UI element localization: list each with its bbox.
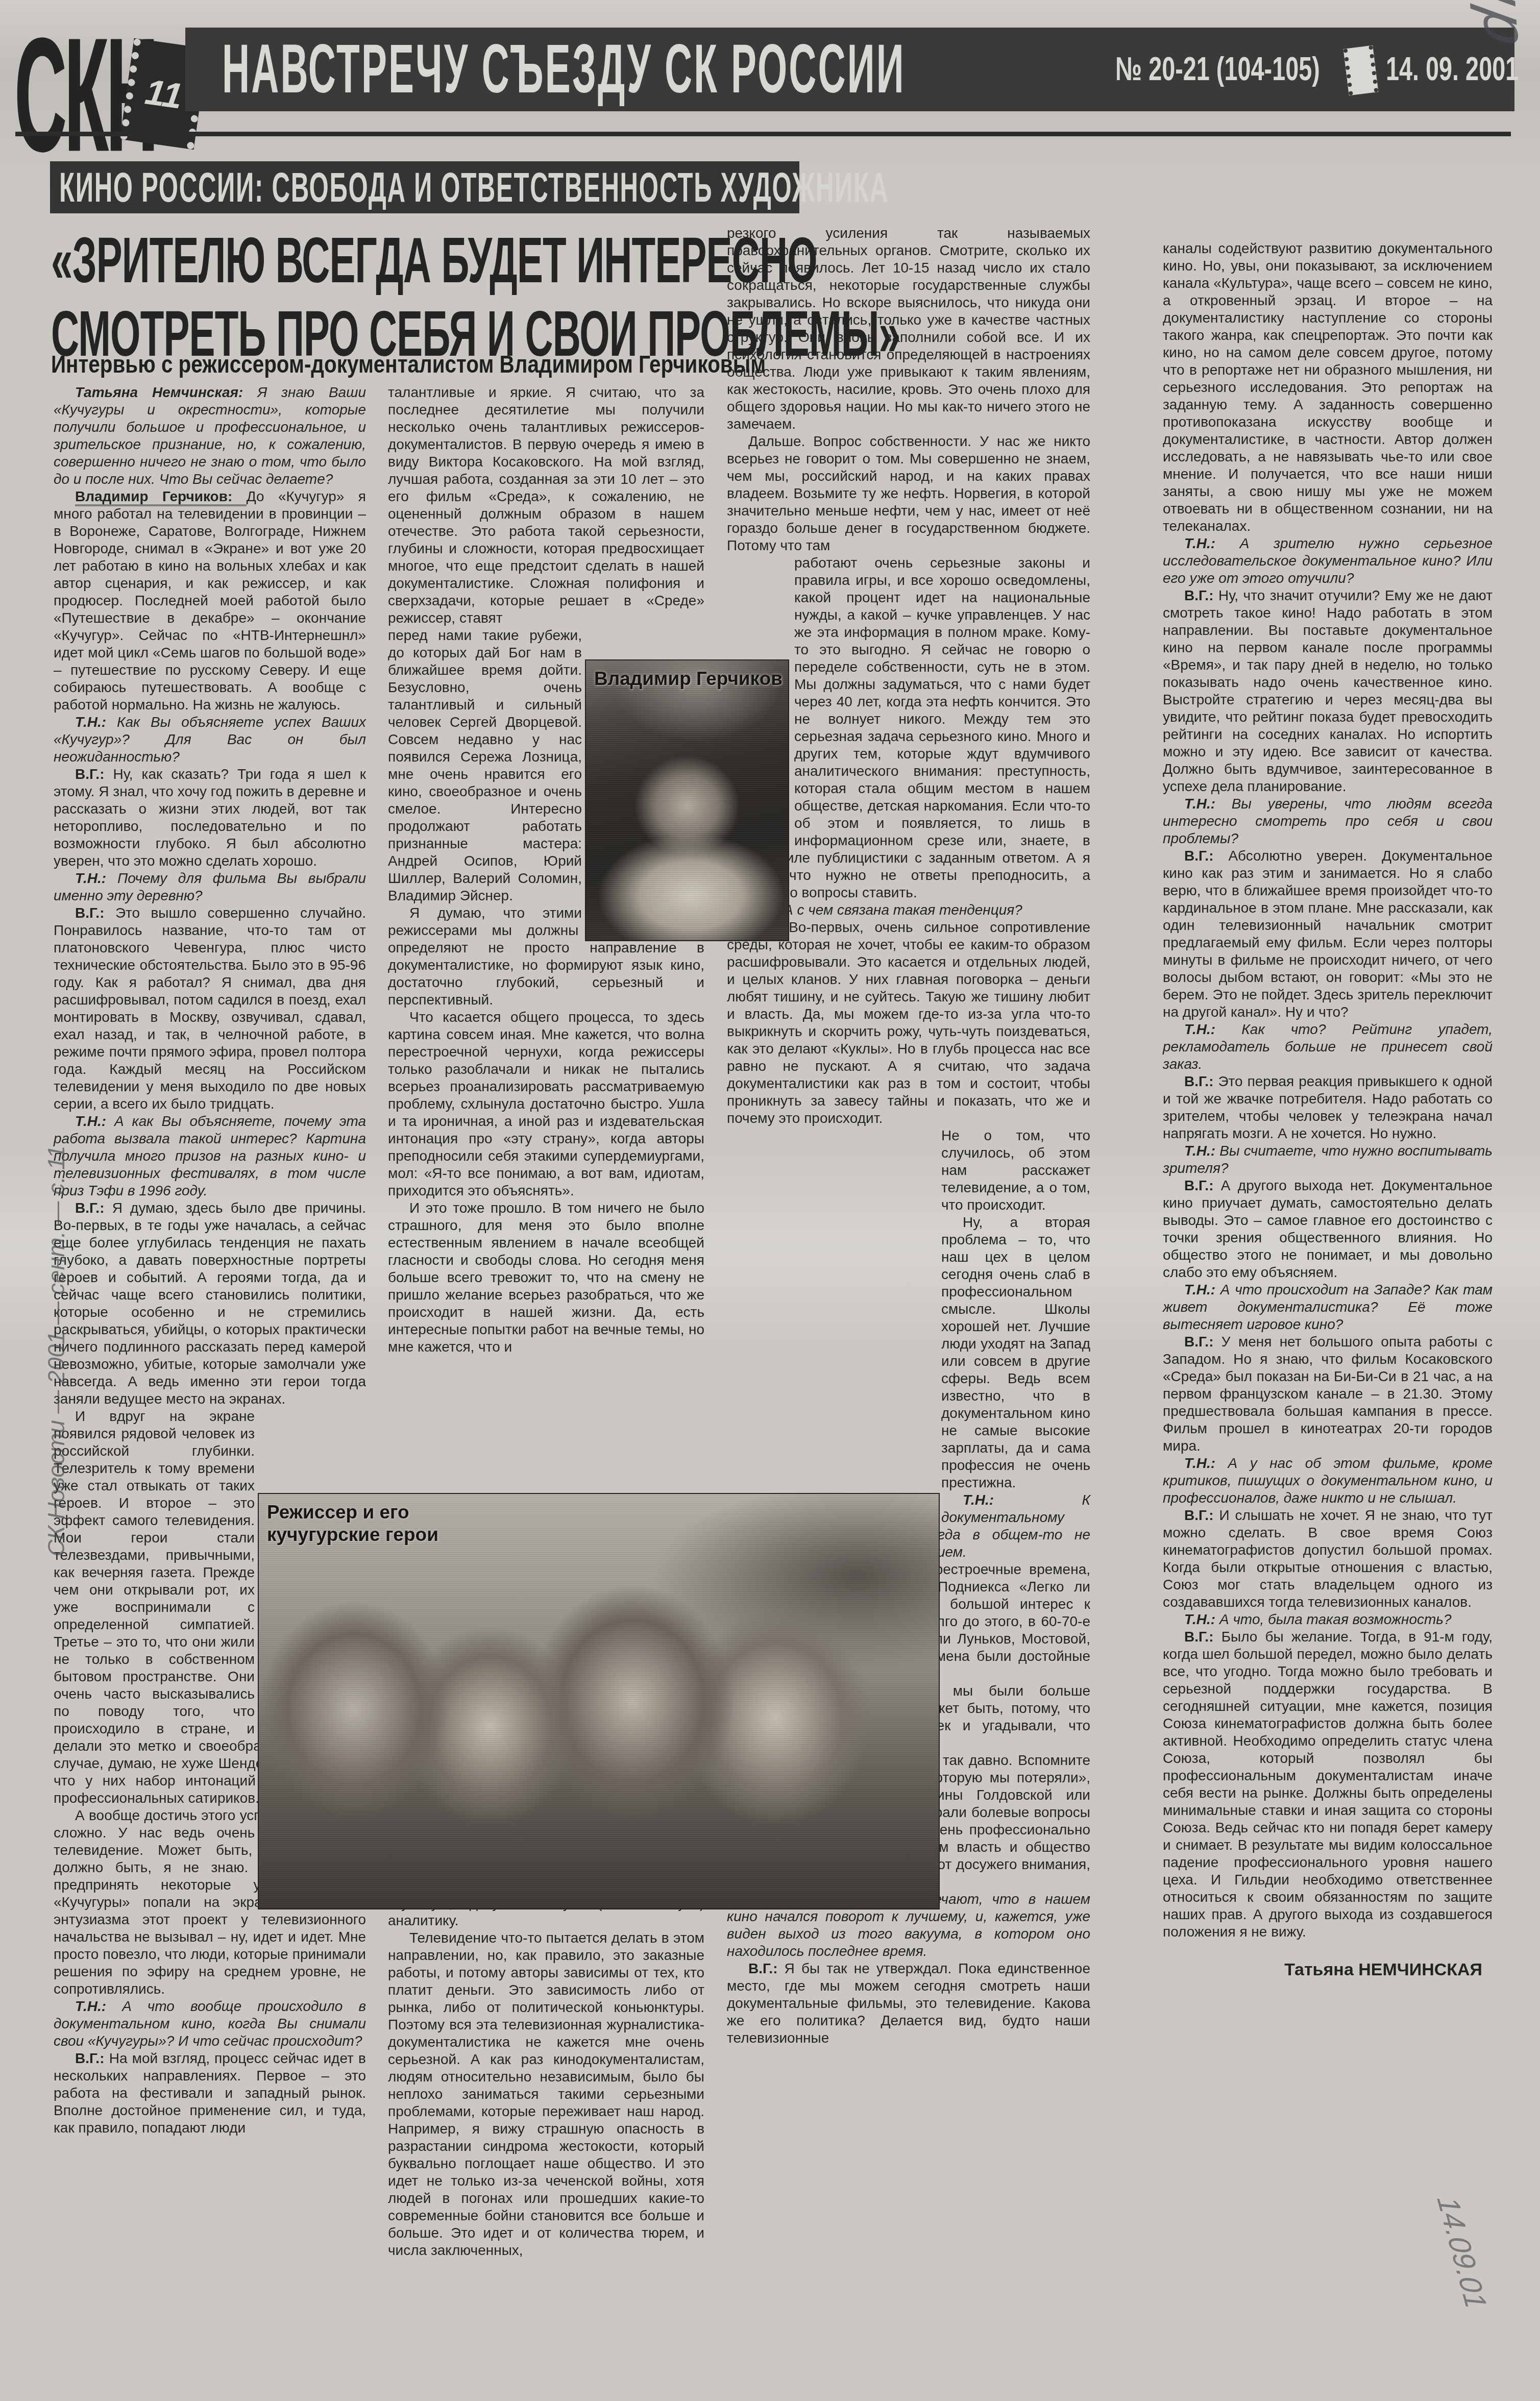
photo-grain-overlay: [586, 660, 788, 940]
interview-question: Т.Н.: А что происходит на Западе? Как та…: [1163, 1281, 1493, 1333]
speaker-label: В.Г.:: [1184, 1507, 1219, 1523]
speaker-label: Т.Н.:: [1184, 1021, 1241, 1037]
speaker-label: В.Г.:: [1184, 1334, 1221, 1350]
paragraph: И это тоже прошло. В том ничего не было …: [388, 1199, 704, 1356]
photo2-caption: Режиссер и его кучугурские герои: [267, 1501, 438, 1546]
article-headline: «ЗРИТЕЛЮ ВСЕГДА БУДЕТ ИНТЕРЕСНО СМОТРЕТЬ…: [51, 224, 797, 372]
section-kicker: КИНО РОССИИ: СВОБОДА И ОТВЕТСТВЕННОСТЬ Х…: [59, 163, 889, 211]
photo1-caption: Владимир Герчиков: [594, 668, 783, 690]
interview-answer: В.Г.: А другого выхода нет. Документальн…: [1163, 1177, 1493, 1281]
interview-question: Татьяна Немчинская: Я знаю Ваши «Кучугур…: [54, 384, 366, 488]
speaker-label: Т.Н.:: [963, 1492, 1082, 1508]
section-kicker-bar: КИНО РОССИИ: СВОБОДА И ОТВЕТСТВЕННОСТЬ Х…: [50, 161, 799, 213]
page-number: 11: [142, 71, 185, 116]
photo-kuchugury-group: Режиссер и его кучугурские герои: [258, 1493, 940, 1909]
paragraph: резкого усиления так называемых правоохр…: [727, 225, 1090, 433]
photo-wrap-spacer: [727, 1127, 941, 1518]
filmstrip-icon: [1343, 45, 1379, 95]
banner-title: НАВСТРЕЧУ СЪЕЗДУ СК РОССИИ: [222, 30, 906, 109]
text-column-3: резкого усиления так называемых правоохр…: [727, 225, 1090, 2380]
speaker-label: В.Г.:: [1184, 1629, 1221, 1645]
interview-question: Т.Н.: А у нас об этом фильме, кроме крит…: [1163, 1455, 1493, 1507]
speaker-label: Т.Н.:: [1184, 1143, 1219, 1159]
speaker-label: Т.Н.:: [1184, 535, 1240, 551]
speaker-label: В.Г.:: [1184, 848, 1228, 864]
paragraph: Что касается общего процесса, то здесь к…: [388, 1009, 704, 1199]
interview-answer: В.Г.: И слышать не хочет. Я не знаю, что…: [1163, 1507, 1493, 1611]
headline-line1: «ЗРИТЕЛЮ ВСЕГДА БУДЕТ ИНТЕРЕСНО: [51, 224, 797, 298]
paragraph: каналы содействуют развитию документальн…: [1163, 240, 1493, 535]
interview-answer: В.Г.: Абсолютно уверен. Документальное к…: [1163, 847, 1493, 1021]
handwritten-note-left-margin: СК Новости — 2001 — сент. — с. 11: [42, 994, 70, 1708]
paragraph: Не о том, что случилось, об этом нам рас…: [727, 1127, 1090, 1214]
newspaper-page: СКН 11 НАВСТРЕЧУ СЪЕЗДУ СК РОССИИ № 20-2…: [0, 0, 1540, 2401]
speaker-label: Т.Н.:: [75, 870, 117, 886]
speaker-label: В.Г.:: [1184, 587, 1218, 603]
speaker-label: В.Г.:: [75, 1200, 112, 1216]
photo-grain-overlay: [259, 1494, 939, 1908]
speaker-label: Татьяна Немчинская:: [75, 384, 257, 400]
speaker-label: Т.Н.:: [75, 1113, 114, 1129]
interview-question: Т.Н.: А как Вы объясняете, почему эта ра…: [54, 1113, 366, 1199]
text-column-1: Татьяна Немчинская: Я знаю Ваши «Кучугур…: [54, 384, 366, 2380]
article-subtitle: Интервью с режиссером-документалистом Вл…: [51, 351, 756, 379]
paragraph: Дальше. Вопрос собственности. У нас же н…: [727, 433, 1090, 554]
interview-question: Т.Н.: Как что? Рейтинг упадет, рекламода…: [1163, 1021, 1493, 1073]
interview-answer: В.Г.: На мой взгляд, процесс сейчас идет…: [54, 2050, 366, 2137]
interview-question: Т.Н.: Вы уверены, что людям всегда интер…: [1163, 795, 1493, 847]
interview-answer: В.Г.: Ну, что значит отучили? Ему же не …: [1163, 587, 1493, 795]
speaker-label: Т.Н.:: [1184, 1282, 1220, 1297]
speaker-label: В.Г.:: [75, 905, 115, 921]
interview-answer: В.Г.: Это вышло совершенно случайно. Пон…: [54, 904, 366, 1113]
interview-answer: В.Г.: У меня нет большого опыта работы с…: [1163, 1333, 1493, 1455]
masthead-banner: НАВСТРЕЧУ СЪЕЗДУ СК РОССИИ № 20-21 (104-…: [186, 29, 1513, 110]
speaker-label: В.Г.:: [1184, 1073, 1218, 1089]
issue-number: № 20-21 (104-105): [1115, 51, 1320, 89]
interview-answer: Владимир Герчиков: До «Кучугур» я много …: [54, 488, 366, 714]
interview-question: Т.Н.: А что вообще происходило в докумен…: [54, 1998, 366, 2050]
speaker-label: В.Г.:: [75, 766, 113, 782]
interview-answer: В.Г.: Я бы так не утверждал. Пока единст…: [727, 1960, 1090, 2047]
interview-answer: В.Г.: Это первая реакция привыкшего к од…: [1163, 1073, 1493, 1142]
interview-question: Т.Н.: Как Вы объясняете успех Ваших «Куч…: [54, 714, 366, 766]
interview-answer: В.Г.: Было бы желание. Тогда, в 91-м год…: [1163, 1628, 1493, 1941]
paragraph: Телевидение что-то пытается делать в это…: [388, 1929, 704, 2259]
speaker-label: В.Г.:: [748, 1961, 785, 1976]
paragraph: талантливые и яркие. Я считаю, что за по…: [388, 384, 704, 627]
interview-answer: В.Г.: Во-первых, очень сильное сопротивл…: [727, 919, 1090, 1127]
text-column-4: каналы содействуют развитию документальн…: [1163, 240, 1493, 2380]
speaker-label: Т.Н.:: [1184, 1455, 1228, 1471]
interview-question: Т.Н.: А зрителю нужно серьезное исследов…: [1163, 535, 1493, 587]
interview-answer: В.Г.: Я думаю, здесь было две причины. В…: [54, 1199, 366, 1408]
speaker-label: Т.Н.:: [1184, 1611, 1219, 1627]
interview-answer: В.Г.: Ну, как сказать? Три года я шел к …: [54, 766, 366, 870]
speaker-label: Т.Н.:: [75, 1998, 122, 2014]
horizontal-rule: [15, 132, 1511, 136]
interview-question: Т.Н.: Вы считаете, что нужно воспитывать…: [1163, 1142, 1493, 1177]
interview-question: Т.Н.: Почему для фильма Вы выбрали именн…: [54, 870, 366, 904]
photo-vladimir-gerchikov: Владимир Герчиков: [585, 659, 789, 941]
interview-question: Т.Н.: А что, была такая возможность?: [1163, 1611, 1493, 1628]
speaker-label: В.Г.:: [75, 2050, 109, 2066]
speaker-label: Владимир Герчиков:: [75, 488, 247, 506]
speaker-label: В.Г.:: [1184, 1178, 1221, 1193]
speaker-label: Т.Н.:: [75, 714, 117, 730]
author-signature: Татьяна НЕМЧИНСКАЯ: [1163, 1961, 1493, 1978]
issue-date: 14. 09. 2001: [1386, 51, 1519, 89]
speaker-label: Т.Н.:: [1184, 796, 1232, 812]
